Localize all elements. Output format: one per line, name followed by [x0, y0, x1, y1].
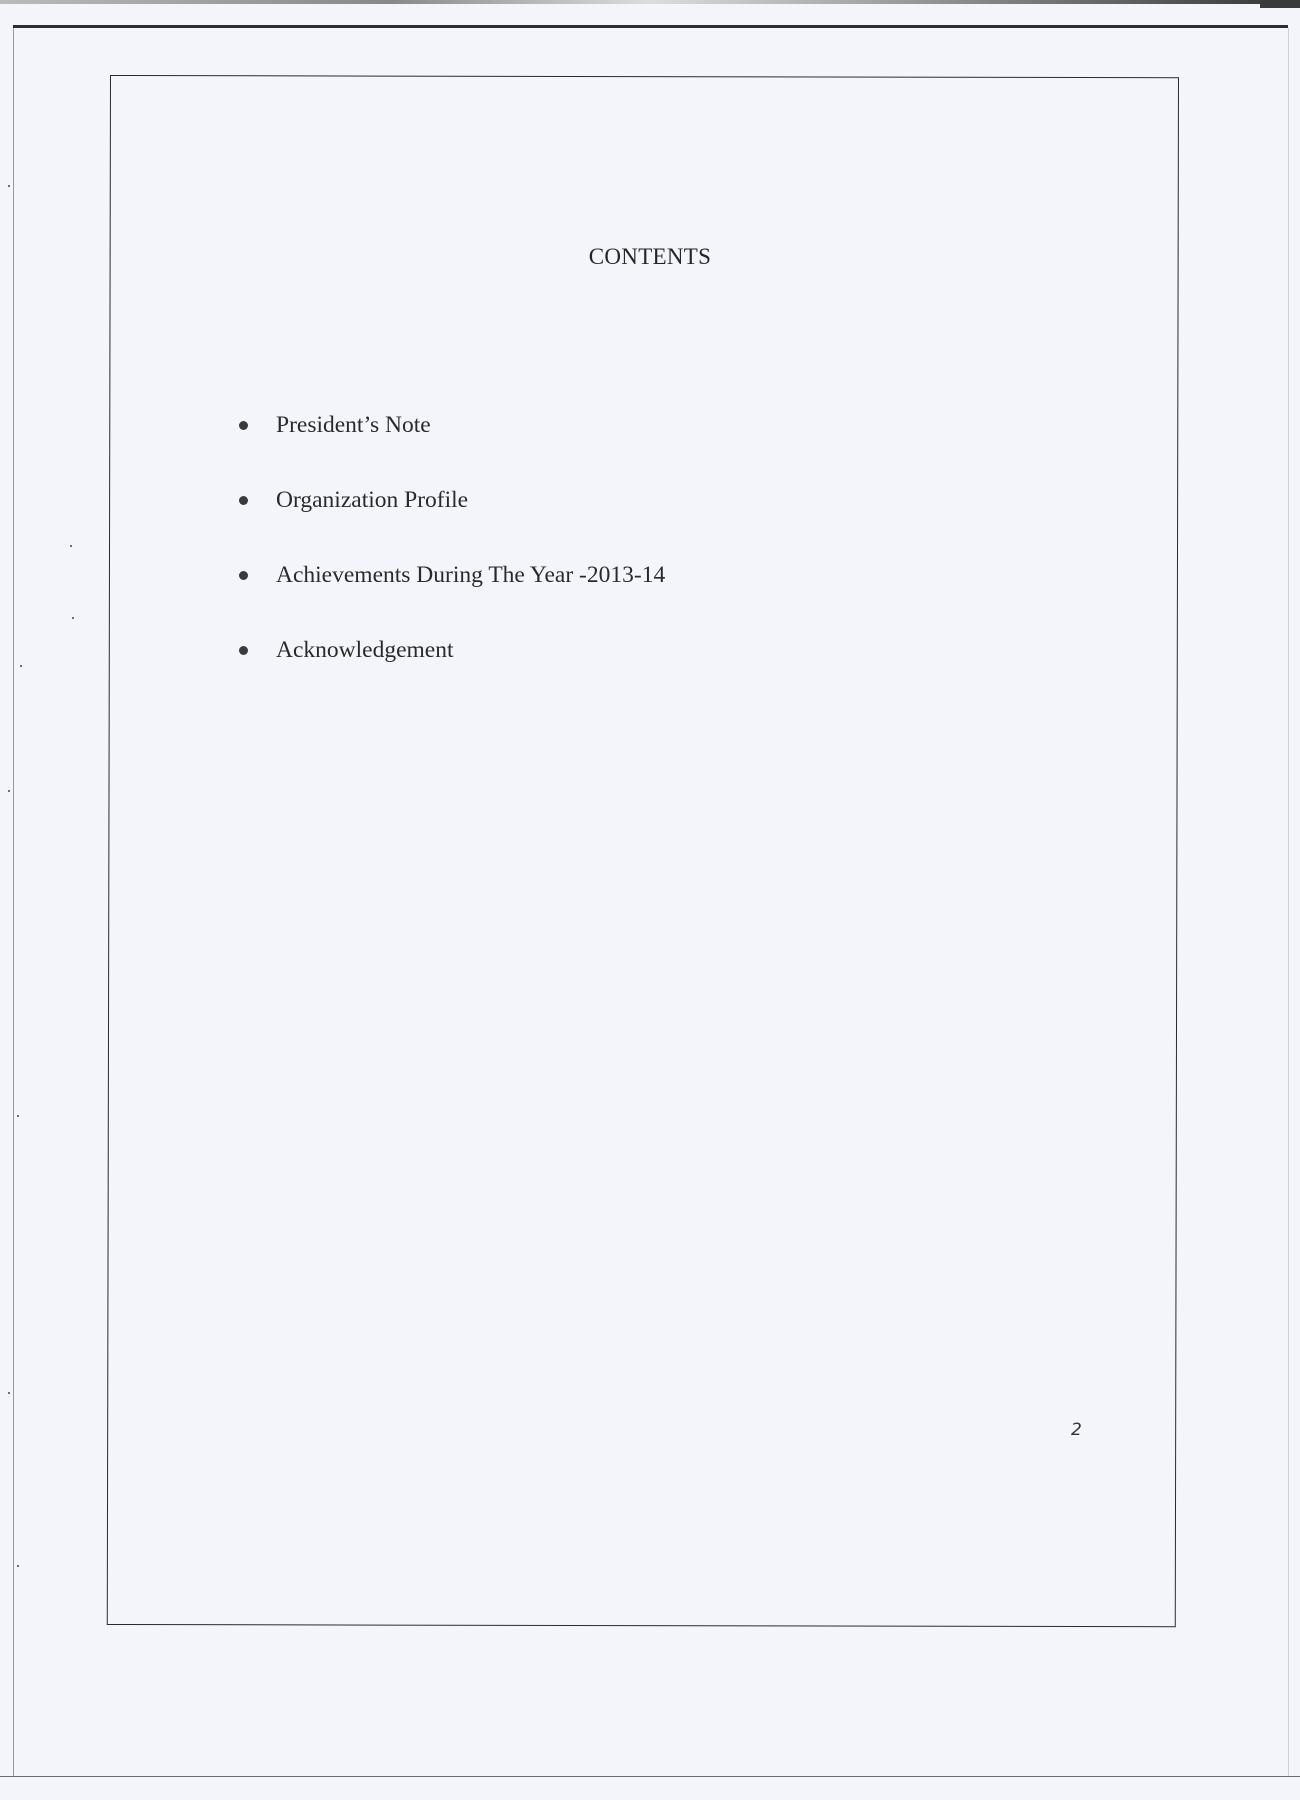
- page-edge-bottom: [0, 1776, 1300, 1777]
- scan-speck: [20, 665, 22, 667]
- page-edge-right: [1288, 28, 1289, 1776]
- toc-item-label: Achievements During The Year -2013-14: [276, 562, 665, 589]
- scan-speck: [17, 1115, 19, 1117]
- page-edge-left: [13, 28, 14, 1776]
- table-of-contents: President’s Note Organization Profile Ac…: [236, 388, 665, 688]
- bullet-icon: [239, 496, 248, 505]
- scan-edge-corner: [1260, 0, 1300, 8]
- bullet-icon: [239, 421, 248, 430]
- page-border-frame: [107, 75, 1179, 1627]
- contents-heading: CONTENTS: [589, 244, 712, 269]
- toc-item-label: President’s Note: [276, 412, 431, 439]
- scan-edge-top: [0, 0, 1300, 4]
- page-number: 2: [1071, 1420, 1082, 1440]
- bullet-icon: [239, 646, 248, 655]
- page-title: CONTENTS: [0, 244, 1300, 270]
- scan-speck: [8, 790, 10, 792]
- bullet-icon: [239, 571, 248, 580]
- toc-item-label: Organization Profile: [276, 487, 468, 514]
- toc-item: Organization Profile: [236, 463, 665, 538]
- scan-speck: [70, 545, 72, 547]
- toc-item: Acknowledgement: [236, 613, 665, 688]
- scan-speck: [8, 1392, 10, 1394]
- page-top-edge: [13, 25, 1288, 28]
- toc-item-label: Acknowledgement: [276, 637, 454, 664]
- toc-item: Achievements During The Year -2013-14: [236, 538, 665, 613]
- scan-speck: [72, 617, 74, 619]
- scan-speck: [8, 185, 10, 187]
- toc-item: President’s Note: [236, 388, 665, 463]
- scan-speck: [17, 1565, 19, 1567]
